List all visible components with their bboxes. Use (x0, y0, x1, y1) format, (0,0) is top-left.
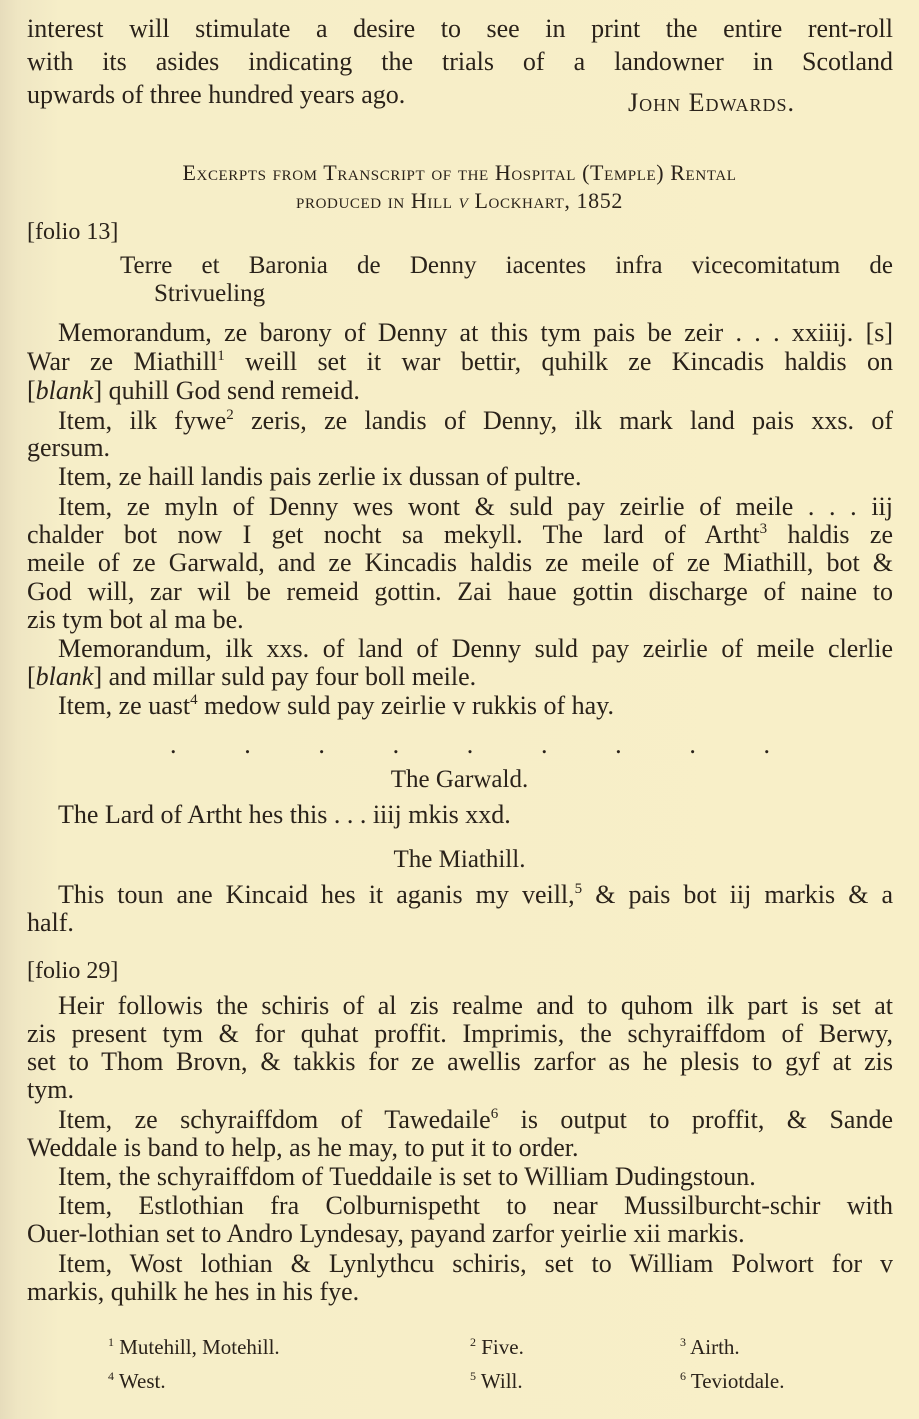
ellipsis-dot: . (393, 730, 400, 760)
footnote-text: Will. (481, 1369, 523, 1393)
ellipsis-dot: . (541, 730, 548, 760)
text: weill set it war bettir, quhilk ze Kinca… (225, 347, 893, 376)
miathill-title: The Miathill. (0, 846, 919, 874)
text: zeris, ze landis of Denny, ilk mark land… (234, 406, 893, 435)
footnotes: 1 Mutehill, Motehill. 2 Five. 3 Airth. 4… (108, 1330, 888, 1398)
footnote-row: 4 West. 5 Will. 6 Teviotdale. (108, 1364, 888, 1398)
p5-line-2: [blank] and millar suld pay four boll me… (27, 662, 893, 692)
footnote-5: 5 Will. (470, 1364, 680, 1398)
footnote-4: 4 West. (108, 1364, 470, 1398)
footnote-number: 6 (680, 1369, 686, 1383)
p1-line-2: War ze Miathill1 weill set it war bettir… (27, 347, 893, 377)
p4-line-4: God will, zar wil be remeid gottin. Zai … (27, 577, 893, 607)
f29-p4-line-1: Item, Estlothian fra Colburnispetht to n… (58, 1191, 893, 1221)
footnote-number: 2 (470, 1335, 476, 1349)
ellipsis-dot: . (764, 730, 771, 760)
miathill-line-1: This toun ane Kincaid hes it aganis my v… (58, 880, 893, 910)
folio-13-subheading-line-1: Terre et Baronia de Denny iacentes infra… (120, 251, 893, 281)
folio-29-label: [folio 29] (27, 957, 118, 985)
f29-p3-line-1: Item, the schyraiffdom of Tueddaile is s… (58, 1162, 893, 1192)
footnote-6: 6 Teviotdale. (680, 1364, 880, 1398)
garwald-line: The Lard of Artht hes this . . . iiij mk… (58, 800, 893, 830)
footnote-text: Teviotdale. (691, 1369, 785, 1393)
footnote-number: 3 (680, 1335, 686, 1349)
folio-13-label: [folio 13] (27, 218, 118, 246)
f29-p5-line-2: markis, quhilk he hes in his fye. (27, 1277, 893, 1307)
ellipsis-dot: . (615, 730, 622, 760)
footnote-text: Five. (481, 1335, 524, 1359)
section-heading-line-2: produced in Hill v Lockhart, 1852 (0, 188, 919, 214)
p2-line-2: gersum. (27, 433, 893, 463)
blank-marker: blank (36, 662, 94, 691)
p5-line-1: Memorandum, ilk xxs. of land of Denny su… (58, 634, 893, 664)
f29-p4-line-2: Ouer-lothian set to Andro Lyndesay, paya… (27, 1219, 893, 1249)
f29-p1-line-1: Heir followis the schiris of al zis real… (58, 991, 893, 1021)
footnote-1: 1 Mutehill, Motehill. (108, 1330, 470, 1364)
folio-13-subheading-line-2: Strivueling (154, 279, 919, 309)
p2-line-1: Item, ilk fywe2 zeris, ze landis of Denn… (58, 406, 893, 436)
ellipsis-dot: . (170, 730, 177, 760)
heading-versus: v (459, 188, 469, 213)
footnote-text: Mutehill, Motehill. (119, 1335, 279, 1359)
footnote-2: 2 Five. (470, 1330, 680, 1364)
author-signature: John Edwards. (628, 88, 795, 118)
footnote-row: 1 Mutehill, Motehill. 2 Five. 3 Airth. (108, 1330, 888, 1364)
p4-line-5: zis tym bot al ma be. (27, 605, 893, 635)
footnote-number: 1 (108, 1335, 114, 1349)
p4-line-3: meile of ze Garwald, and ze Kincadis hal… (27, 548, 893, 578)
miathill-line-2: half. (27, 908, 893, 938)
footnote-ref-2: 2 (226, 407, 234, 423)
p3-line-1: Item, ze haill landis pais zerlie ix dus… (58, 462, 893, 492)
heading-text-b: Lockhart, 1852 (468, 188, 623, 213)
text: medow suld pay zeirlie v rukkis of hay. (198, 691, 614, 720)
ellipsis-dot: . (244, 730, 251, 760)
f29-p1-line-2: zis present tym & for quhat proffit. Imp… (27, 1019, 893, 1049)
intro-line-1: interest will stimulate a desire to see … (27, 14, 893, 44)
footnote-number: 4 (108, 1369, 114, 1383)
text: quhill God send remeid. (102, 376, 360, 405)
f29-p1-line-3: set to Thom Brovn, & takkis for ze awell… (27, 1047, 893, 1077)
p1-line-1: Memorandum, ze barony of Denny at this t… (58, 318, 893, 348)
p6-line-1: Item, ze uast4 medow suld pay zeirlie v … (58, 691, 893, 721)
ellipsis-dot: . (467, 730, 474, 760)
text: This toun ane Kincaid hes it aganis my v… (58, 880, 575, 909)
text: is output to proffit, & Sande (498, 1105, 893, 1134)
heading-text-a: produced in Hill (296, 188, 459, 213)
text: chalder bot now I get nocht sa mekyll. T… (27, 520, 760, 549)
f29-p1-line-4: tym. (27, 1075, 893, 1105)
document-page: interest will stimulate a desire to see … (0, 0, 919, 1419)
p4-line-1: Item, ze myln of Denny wes wont & suld p… (58, 492, 893, 522)
footnote-ref-4: 4 (190, 692, 198, 708)
text: & pais bot iij markis & a (582, 880, 893, 909)
text: Item, ze uast (58, 691, 190, 720)
text: Item, ilk fywe (58, 406, 226, 435)
ellipsis-dot: . (689, 730, 696, 760)
footnote-ref-1: 1 (217, 348, 225, 364)
ellipsis-dot: . (318, 730, 325, 760)
f29-p5-line-1: Item, Wost lothian & Lynlythcu schiris, … (58, 1249, 893, 1279)
p4-line-2: chalder bot now I get nocht sa mekyll. T… (27, 520, 893, 550)
footnote-number: 5 (470, 1369, 476, 1383)
garwald-title: The Garwald. (0, 766, 919, 794)
footnote-text: Airth. (690, 1335, 740, 1359)
text: haldis ze (767, 520, 893, 549)
p1-line-3: [blank] quhill God send remeid. (27, 376, 893, 406)
f29-p2-line-1: Item, ze schyraiffdom of Tawedaile6 is o… (58, 1105, 893, 1135)
intro-line-2: with its asides indicating the trials of… (27, 47, 893, 77)
f29-p2-line-2: Weddale is band to help, as he may, to p… (27, 1133, 893, 1163)
text: Item, ze schyraiffdom of Tawedaile (58, 1105, 491, 1134)
footnote-text: West. (119, 1369, 166, 1393)
text: War ze Miathill (27, 347, 217, 376)
blank-marker: blank (36, 376, 94, 405)
footnote-3: 3 Airth. (680, 1330, 880, 1364)
ellipsis-dot-row: . . . . . . . . . (170, 730, 770, 760)
footnote-ref-3: 3 (760, 521, 768, 537)
section-heading-line-1: Excerpts from Transcript of the Hospital… (0, 160, 919, 186)
text: and millar suld pay four boll meile. (102, 662, 476, 691)
